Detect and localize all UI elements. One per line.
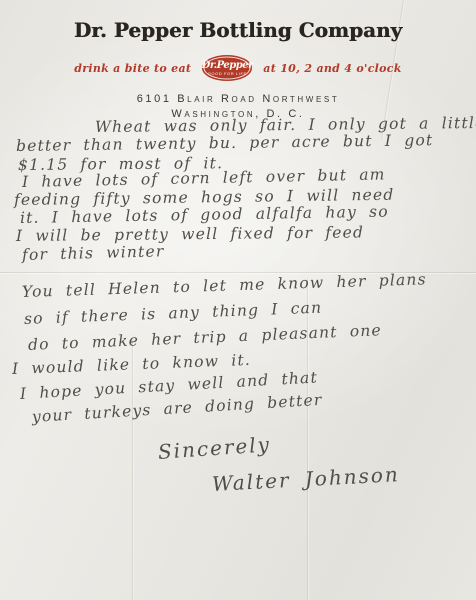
logo-script-text: Dr.Pepper	[202, 61, 253, 71]
slogan-right-text: at 10, 2 and 4 o'clock	[263, 62, 401, 75]
handwritten-line: do to make her trip a pleasant one	[28, 321, 383, 354]
logo-subtext: Good For Life	[208, 72, 247, 76]
letterhead: Dr. Pepper Bottling Company drink a bite…	[0, 0, 476, 122]
handwritten-line: so if there is any thing I can	[24, 299, 323, 328]
scanned-letter: Dr. Pepper Bottling Company drink a bite…	[0, 0, 476, 600]
slogan-left-text: drink a bite to eat	[74, 62, 191, 75]
slogan-row: drink a bite to eat Dr.Pepper Good For L…	[0, 55, 476, 81]
handwritten-line: I will be pretty well fixed for feed	[16, 223, 364, 245]
address-street: 6101 Blair Road Northwest	[0, 92, 476, 107]
handwritten-line: for this winter	[22, 242, 165, 264]
crease-line-vertical-left	[132, 338, 133, 600]
closing-text: Sincerely	[157, 432, 272, 464]
signature-text: Walter Johnson	[211, 462, 400, 496]
dr-pepper-oval-logo-icon: Dr.Pepper Good For Life	[202, 55, 252, 81]
handwritten-line: You tell Helen to let me know her plans	[22, 270, 427, 301]
company-name: Dr. Pepper Bottling Company	[0, 18, 476, 42]
handwritten-line: better than twenty bu. per acre but I go…	[16, 131, 434, 155]
